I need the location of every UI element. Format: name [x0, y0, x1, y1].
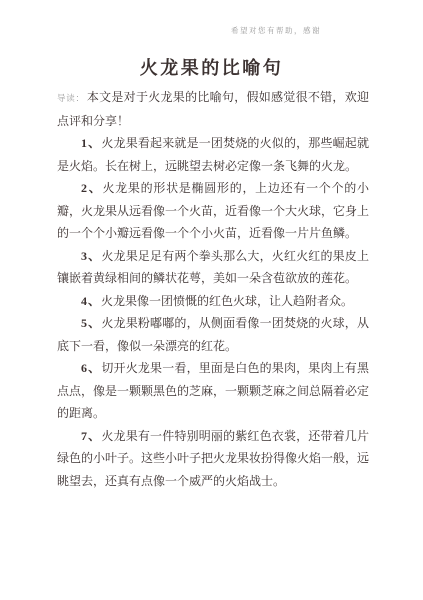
paragraph-number: 1、: [81, 136, 101, 150]
paragraph-number: 6、: [81, 361, 101, 375]
paragraph-number: 3、: [81, 249, 101, 263]
paragraph-text: 切开火龙果一看，里面是白色的果肉，果肉上有黑点点，像是一颗颗黑色的芝麻，一颗颗芝…: [57, 361, 369, 420]
document-body: 导读：本文是对于火龙果的比喻句，假如感觉很不错，欢迎点评和分享！ 1、火龙果看起…: [57, 86, 369, 492]
paragraph-number: 7、: [81, 429, 101, 443]
paragraph-text: 火龙果粉嘟嘟的，从侧面看像一团焚烧的火球，从底下一看，像似一朵漂亮的红花。: [57, 316, 369, 353]
header-note: 希望对您有帮助，感谢: [0, 25, 321, 36]
paragraph-item: 5、火龙果粉嘟嘟的，从侧面看像一团焚烧的火球，从底下一看，像似一朵漂亮的红花。: [57, 312, 369, 357]
paragraph-text: 火龙果足足有两个拳头那么大，火红火红的果皮上镶嵌着黄绿相间的鳞状花萼，美如一朵含…: [57, 249, 369, 286]
paragraph-list: 1、火龙果看起来就是一团焚烧的火似的，那些崛起就是火焰。长在树上，远眺望去树必定…: [57, 132, 369, 492]
paragraph-item: 1、火龙果看起来就是一团焚烧的火似的，那些崛起就是火焰。长在树上，远眺望去树必定…: [57, 132, 369, 177]
paragraph-text: 火龙果有一件特别明丽的紫红色衣裳，还带着几片绿色的小叶子。这些小叶子把火龙果妆扮…: [57, 429, 369, 488]
document-page: 希望对您有帮助，感谢 火龙果的比喻句 导读：本文是对于火龙果的比喻句，假如感觉很…: [0, 0, 423, 600]
intro-text: 本文是对于火龙果的比喻句，假如感觉很不错，欢迎点评和分享！: [57, 90, 369, 128]
paragraph-text: 火龙果像一团愤慨的红色火球，让人趋附者众。: [101, 294, 353, 308]
paragraph-item: 2、火龙果的形状是椭圆形的，上边还有一个个的小瓣，火龙果从远看像一个火苗，近看像…: [57, 177, 369, 245]
paragraph-item: 6、切开火龙果一看，里面是白色的果肉，果肉上有黑点点，像是一颗颗黑色的芝麻，一颗…: [57, 357, 369, 425]
paragraph-item: 7、火龙果有一件特别明丽的紫红色衣裳，还带着几片绿色的小叶子。这些小叶子把火龙果…: [57, 425, 369, 493]
paragraph-number: 2、: [81, 181, 102, 195]
intro-paragraph: 导读：本文是对于火龙果的比喻句，假如感觉很不错，欢迎点评和分享！: [57, 86, 369, 132]
page-title: 火龙果的比喻句: [0, 54, 423, 80]
intro-label: 导读：: [57, 93, 85, 103]
paragraph-text: 火龙果看起来就是一团焚烧的火似的，那些崛起就是火焰。长在树上，远眺望去树必定像一…: [57, 136, 369, 173]
paragraph-number: 5、: [81, 316, 101, 330]
paragraph-number: 4、: [81, 294, 101, 308]
paragraph-text: 火龙果的形状是椭圆形的，上边还有一个个的小瓣，火龙果从远看像一个火苗，近看像一个…: [57, 181, 369, 240]
paragraph-item: 3、火龙果足足有两个拳头那么大，火红火红的果皮上镶嵌着黄绿相间的鳞状花萼，美如一…: [57, 245, 369, 290]
paragraph-item: 4、火龙果像一团愤慨的红色火球，让人趋附者众。: [57, 290, 369, 313]
